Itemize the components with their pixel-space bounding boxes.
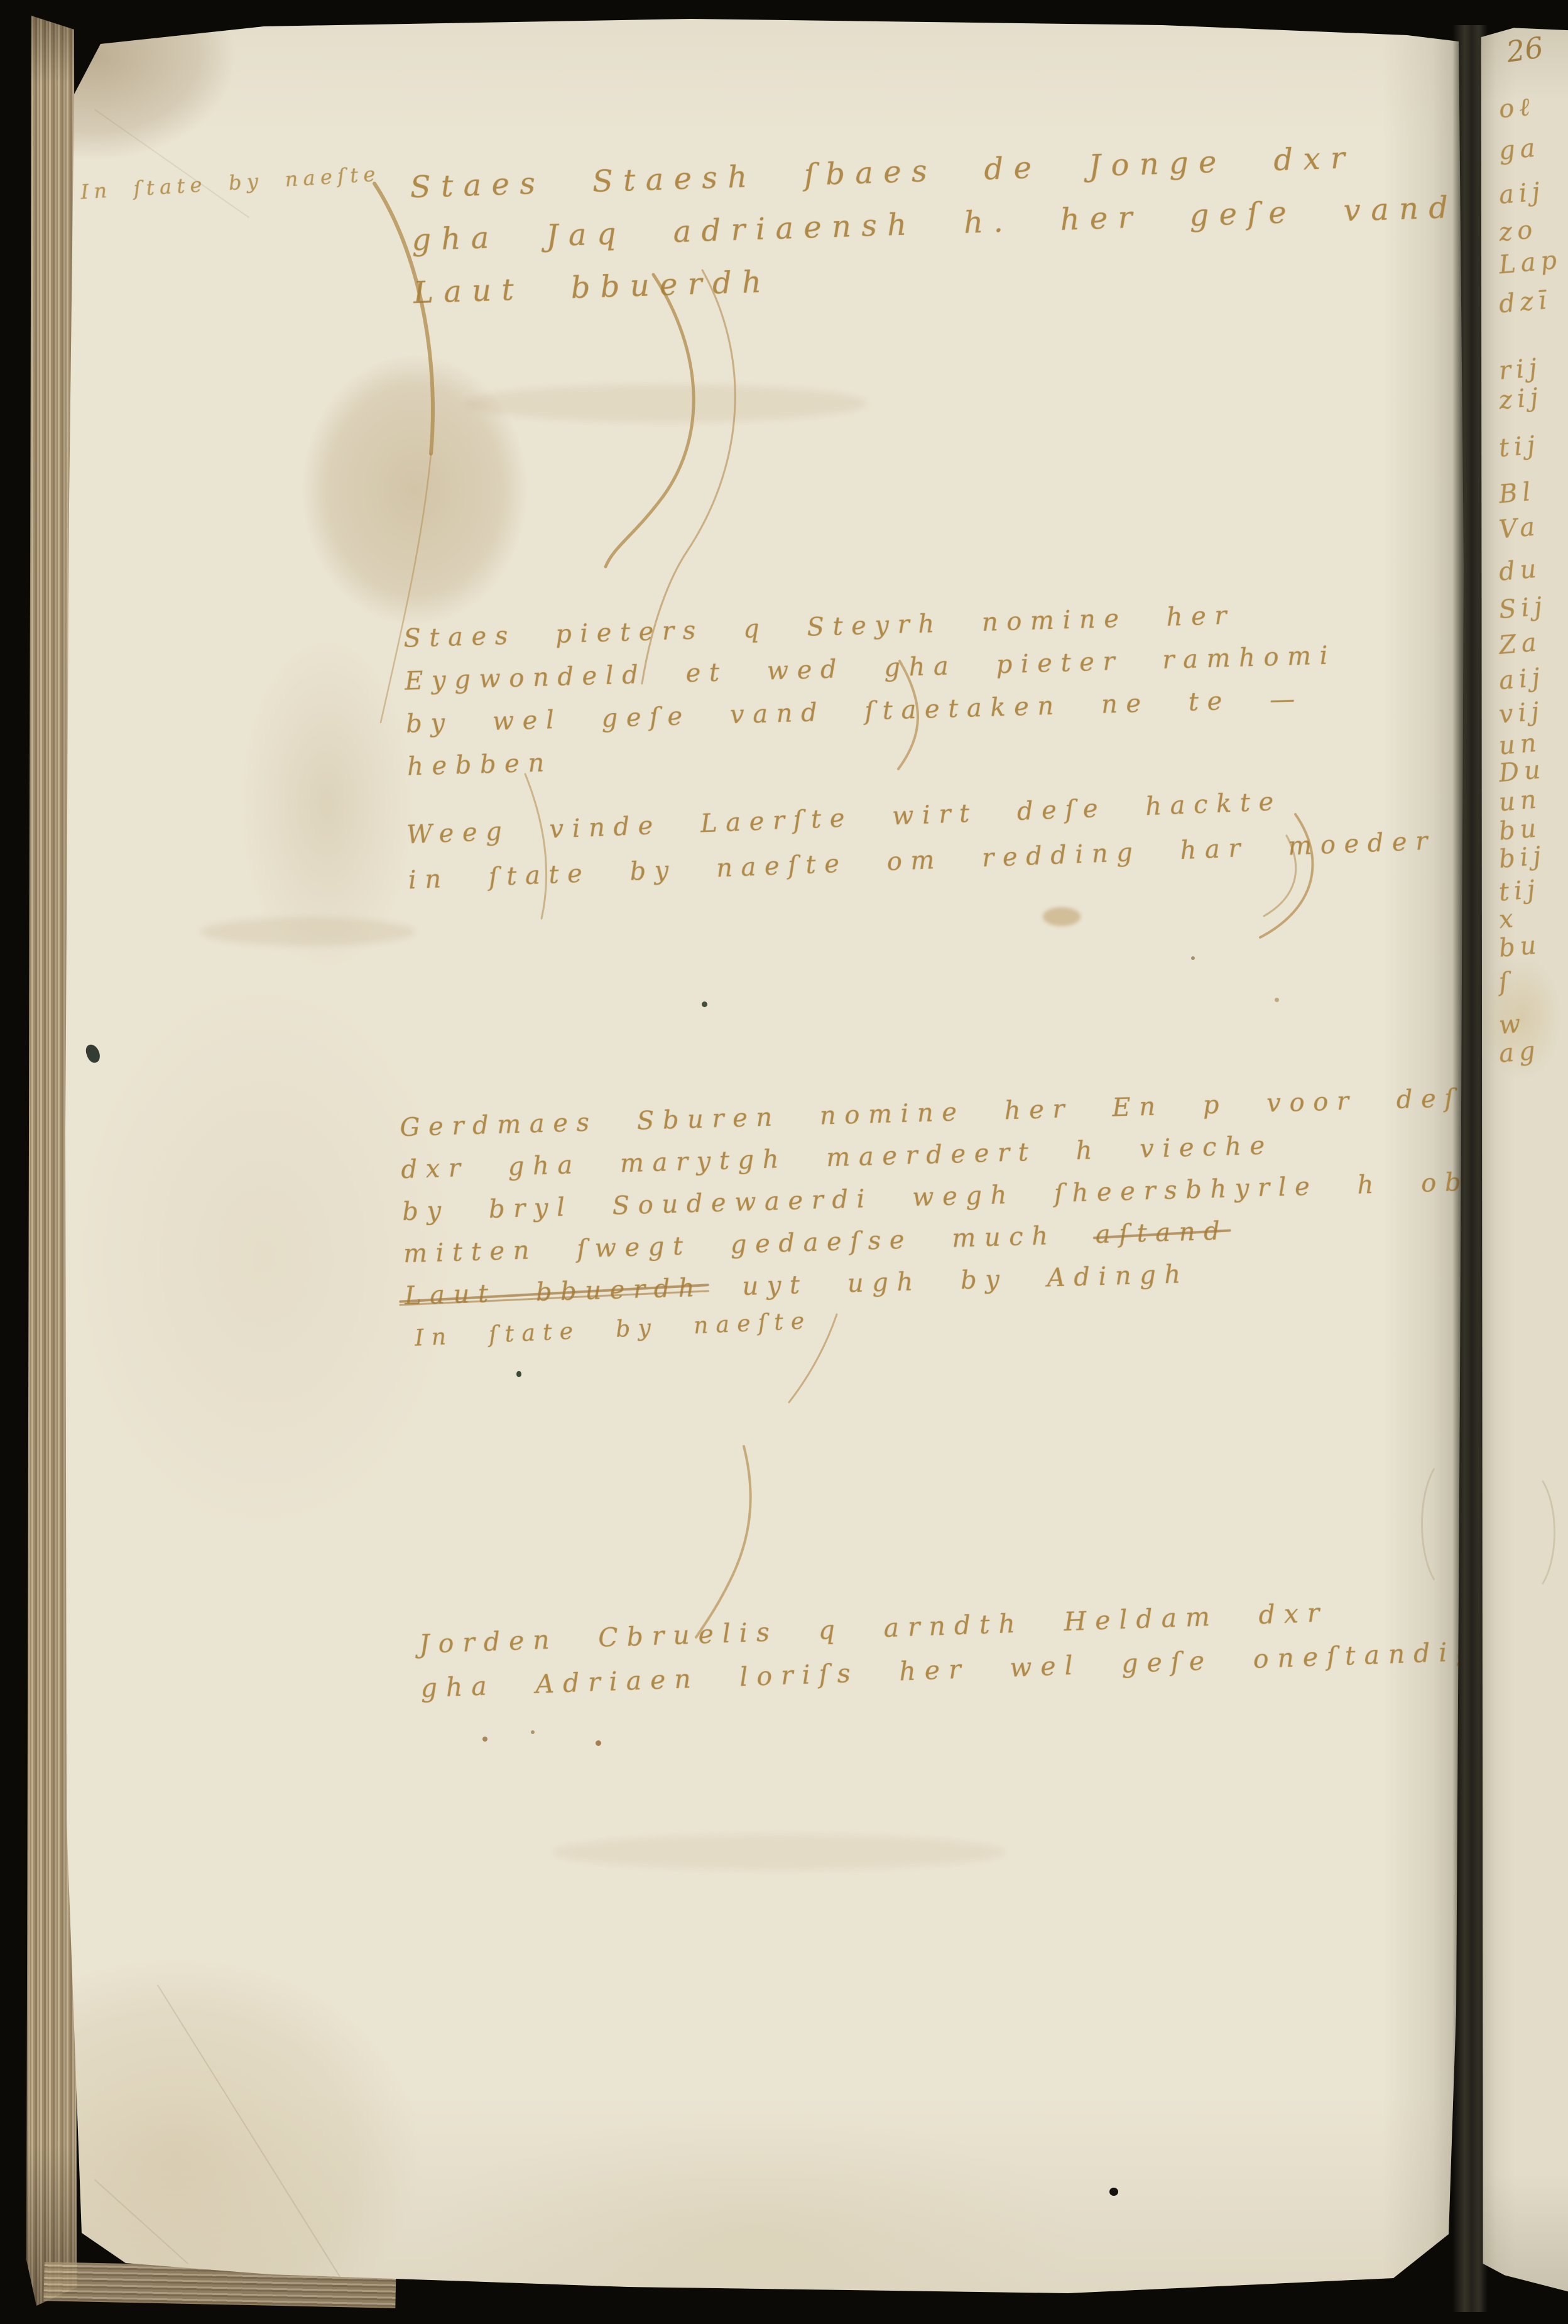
cutoff-script-fragment: ga bbox=[1498, 133, 1541, 166]
ink-blot bbox=[84, 1042, 102, 1064]
ink-showthrough bbox=[465, 385, 867, 422]
cutoff-script-fragment: bij bbox=[1498, 841, 1547, 874]
ink-speck bbox=[596, 1740, 601, 1746]
ink-speck bbox=[516, 1371, 521, 1377]
cutoff-script-fragment: dzī bbox=[1498, 285, 1552, 319]
ink-speck bbox=[531, 1730, 535, 1734]
cutoff-script-fragment: oℓ bbox=[1498, 92, 1536, 124]
cutoff-script-fragment: Bl bbox=[1498, 477, 1537, 510]
cutoff-script-fragment: ag bbox=[1498, 1036, 1541, 1069]
corner-fold-crease bbox=[94, 2179, 188, 2264]
cutoff-script-fragment: zo bbox=[1498, 215, 1538, 247]
cutoff-script-fragment: w bbox=[1498, 1009, 1527, 1040]
ink-showthrough bbox=[553, 1835, 1005, 1870]
ink-speck bbox=[1191, 956, 1195, 960]
struck-word: aſtand bbox=[1095, 1216, 1229, 1249]
cutoff-script-fragment: Du bbox=[1498, 755, 1547, 788]
cutoff-script-fragment: Sij bbox=[1498, 592, 1548, 625]
cutoff-script-fragment: vij bbox=[1498, 697, 1545, 729]
cutoff-script-fragment: rij bbox=[1498, 353, 1543, 386]
ink-speck bbox=[702, 1001, 707, 1007]
cutoff-script-fragment: Za bbox=[1498, 628, 1542, 660]
margin-note: In ſtate by naeſte bbox=[80, 161, 381, 204]
ring-stain-arc bbox=[1495, 1468, 1555, 1597]
entry-block-2: Staes pieters q Steyrh nomine her Eygwon… bbox=[403, 591, 1339, 788]
cutoff-script-fragment: Lap bbox=[1498, 246, 1563, 280]
stain-smudge bbox=[1043, 907, 1081, 926]
struck-word: Laut bbuerdh bbox=[404, 1274, 703, 1311]
cutoff-script-fragment: aij bbox=[1498, 663, 1546, 696]
next-page-edge: 26 oℓgaaijzoLapdzīrijzijtijBlVaduSijZaai… bbox=[1478, 0, 1568, 2324]
entry-block-1: Staes Staesh ſbaes de Jonge dxr gha Jaq … bbox=[409, 126, 1548, 320]
line-text: uyt ugh by Adingh bbox=[703, 1260, 1190, 1302]
manuscript-page: In ſtate by naeſte Staes Staesh ſbaes de… bbox=[0, 0, 1470, 2324]
ink-speck bbox=[1109, 2188, 1118, 2196]
book-photo: { "page": { "description_label": "handwr… bbox=[0, 0, 1568, 2324]
cutoff-script-fragment: tij bbox=[1498, 875, 1541, 907]
next-page-text-fragments: oℓgaaijzoLapdzīrijzijtijBlVaduSijZaaijvi… bbox=[1478, 0, 1568, 2324]
cutoff-script-fragment: bu bbox=[1498, 930, 1542, 963]
margin-note-text: In ſtate by naeſte bbox=[80, 161, 381, 204]
entry-block-3: Gerdmaes Sburen nomine her En p voor deſ… bbox=[400, 1077, 1491, 1317]
ink-speck bbox=[1275, 998, 1279, 1002]
cutoff-script-fragment: zij bbox=[1498, 383, 1544, 415]
ink-showthrough bbox=[201, 917, 415, 946]
cutoff-script-fragment: du bbox=[1498, 554, 1542, 587]
cutoff-script-fragment: un bbox=[1498, 785, 1542, 817]
cutoff-script-fragment: aij bbox=[1498, 177, 1546, 210]
cutoff-script-fragment: Va bbox=[1498, 512, 1541, 544]
cutoff-script-fragment: tij bbox=[1498, 430, 1541, 463]
ink-speck bbox=[482, 1737, 487, 1742]
entry-block-4: Jorden Cbruelis q arndth Heldam dxr gha … bbox=[418, 1585, 1507, 1710]
cutoff-script-fragment: x bbox=[1498, 904, 1519, 934]
cutoff-script-fragment: ſ bbox=[1498, 967, 1515, 997]
entry-block-2-note: Weeg vinde Laerſte wirt deſe hackte in ſ… bbox=[406, 773, 1437, 903]
